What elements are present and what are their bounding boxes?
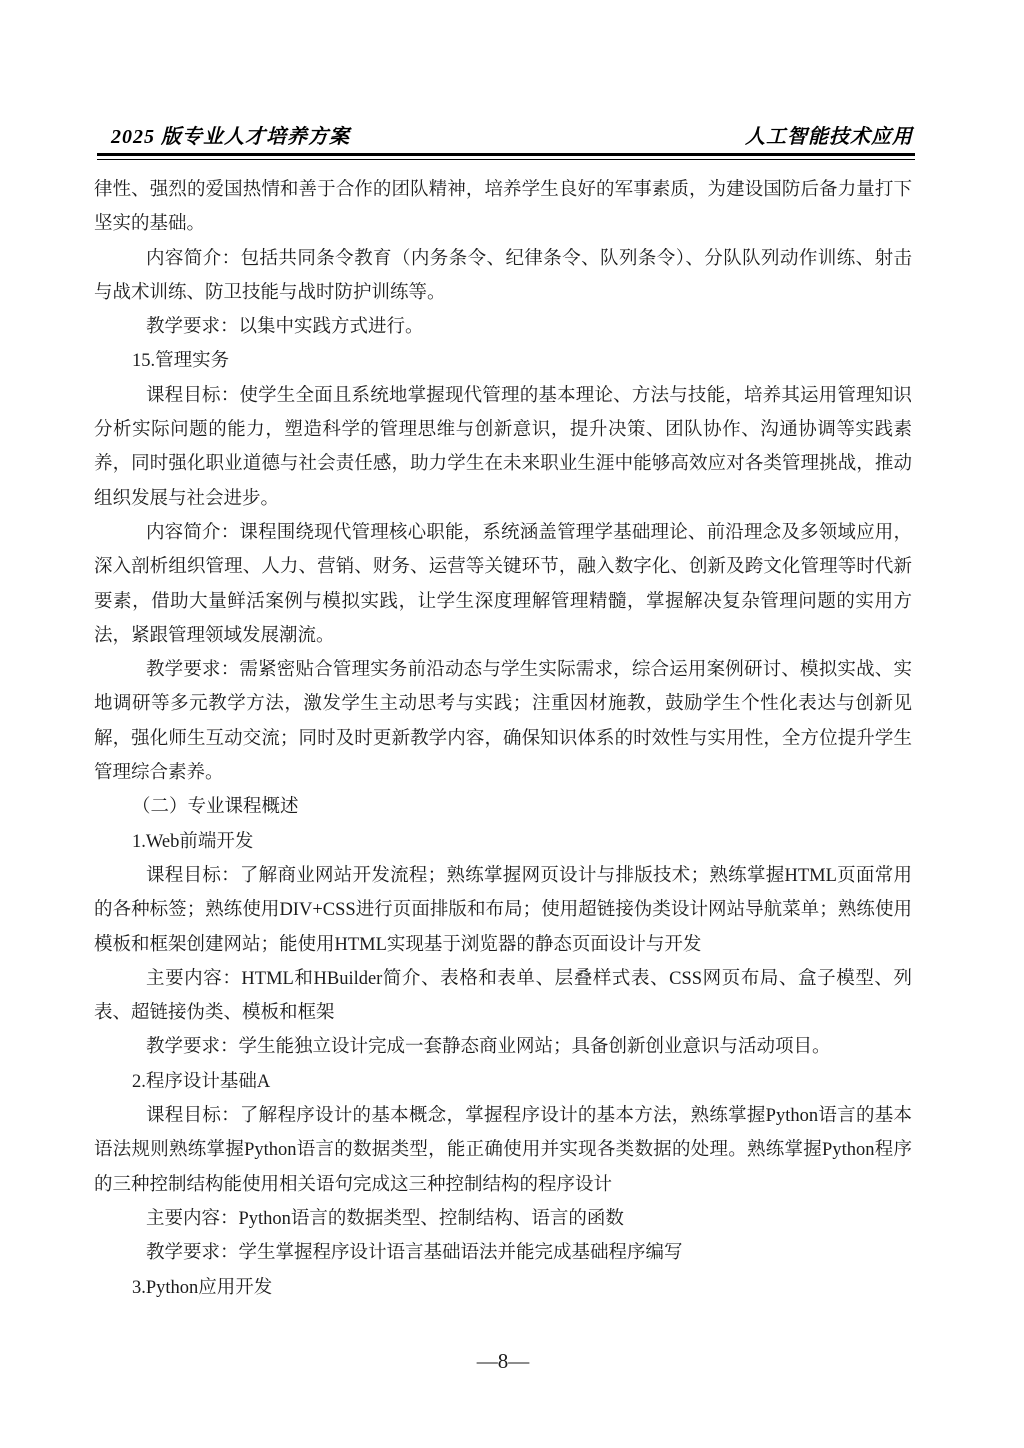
document-page: 2025 版专业人才培养方案 人工智能技术应用 律性、强烈的爱国热情和善于合作的… <box>0 0 1024 1448</box>
heading-course-1-web: 1.Web前端开发 <box>94 825 912 859</box>
para-course-goal-web: 课程目标：了解商业网站开发流程；熟练掌握网页设计与排版技术；熟练掌握HTML页面… <box>94 859 912 962</box>
page-number: —8— <box>477 1349 530 1373</box>
para-content-intro-military: 内容简介：包括共同条令教育（内务条令、纪律条令、队列条令）、分队队列动作训练、射… <box>94 242 912 311</box>
heading-course-2-programming: 2.程序设计基础A <box>94 1065 912 1099</box>
page-header: 2025 版专业人才培养方案 人工智能技术应用 <box>97 120 915 160</box>
header-rule-thin <box>97 159 915 161</box>
document-body: 律性、强烈的爱国热情和善于合作的团队精神，培养学生良好的军事素质，为建设国防后备… <box>94 173 912 1305</box>
heading-section-2-professional-courses: （二）专业课程概述 <box>94 790 912 824</box>
para-teaching-req-military: 教学要求：以集中实践方式进行。 <box>94 310 912 344</box>
header-right-title: 人工智能技术应用 <box>745 120 913 149</box>
header-left-title: 2025 版专业人才培养方案 <box>111 120 350 149</box>
heading-course-15-management: 15.管理实务 <box>94 344 912 378</box>
para-main-content-programming: 主要内容：Python语言的数据类型、控制结构、语言的函数 <box>94 1202 912 1236</box>
para-content-intro-management: 内容简介：课程围绕现代管理核心职能，系统涵盖管理学基础理论、前沿理念及多领域应用… <box>94 516 912 653</box>
para-course-goal-management: 课程目标：使学生全面且系统地掌握现代管理的基本理论、方法与技能，培养其运用管理知… <box>94 379 912 516</box>
header-row: 2025 版专业人才培养方案 人工智能技术应用 <box>97 120 915 153</box>
para-teaching-req-programming: 教学要求：学生掌握程序设计语言基础语法并能完成基础程序编写 <box>94 1236 912 1270</box>
page-footer: —8— <box>94 1349 912 1374</box>
para-main-content-web: 主要内容：HTML和HBuilder简介、表格和表单、层叠样式表、CSS网页布局… <box>94 962 912 1031</box>
para-course-goal-programming: 课程目标：了解程序设计的基本概念，掌握程序设计的基本方法，熟练掌握Python语… <box>94 1099 912 1202</box>
para-teaching-req-web: 教学要求：学生能独立设计完成一套静态商业网站；具备创新创业意识与活动项目。 <box>94 1030 912 1064</box>
heading-course-3-python: 3.Python应用开发 <box>94 1271 912 1305</box>
para-continuation-military: 律性、强烈的爱国热情和善于合作的团队精神，培养学生良好的军事素质，为建设国防后备… <box>94 173 912 242</box>
para-teaching-req-management: 教学要求：需紧密贴合管理实务前沿动态与学生实际需求，综合运用案例研讨、模拟实战、… <box>94 653 912 790</box>
